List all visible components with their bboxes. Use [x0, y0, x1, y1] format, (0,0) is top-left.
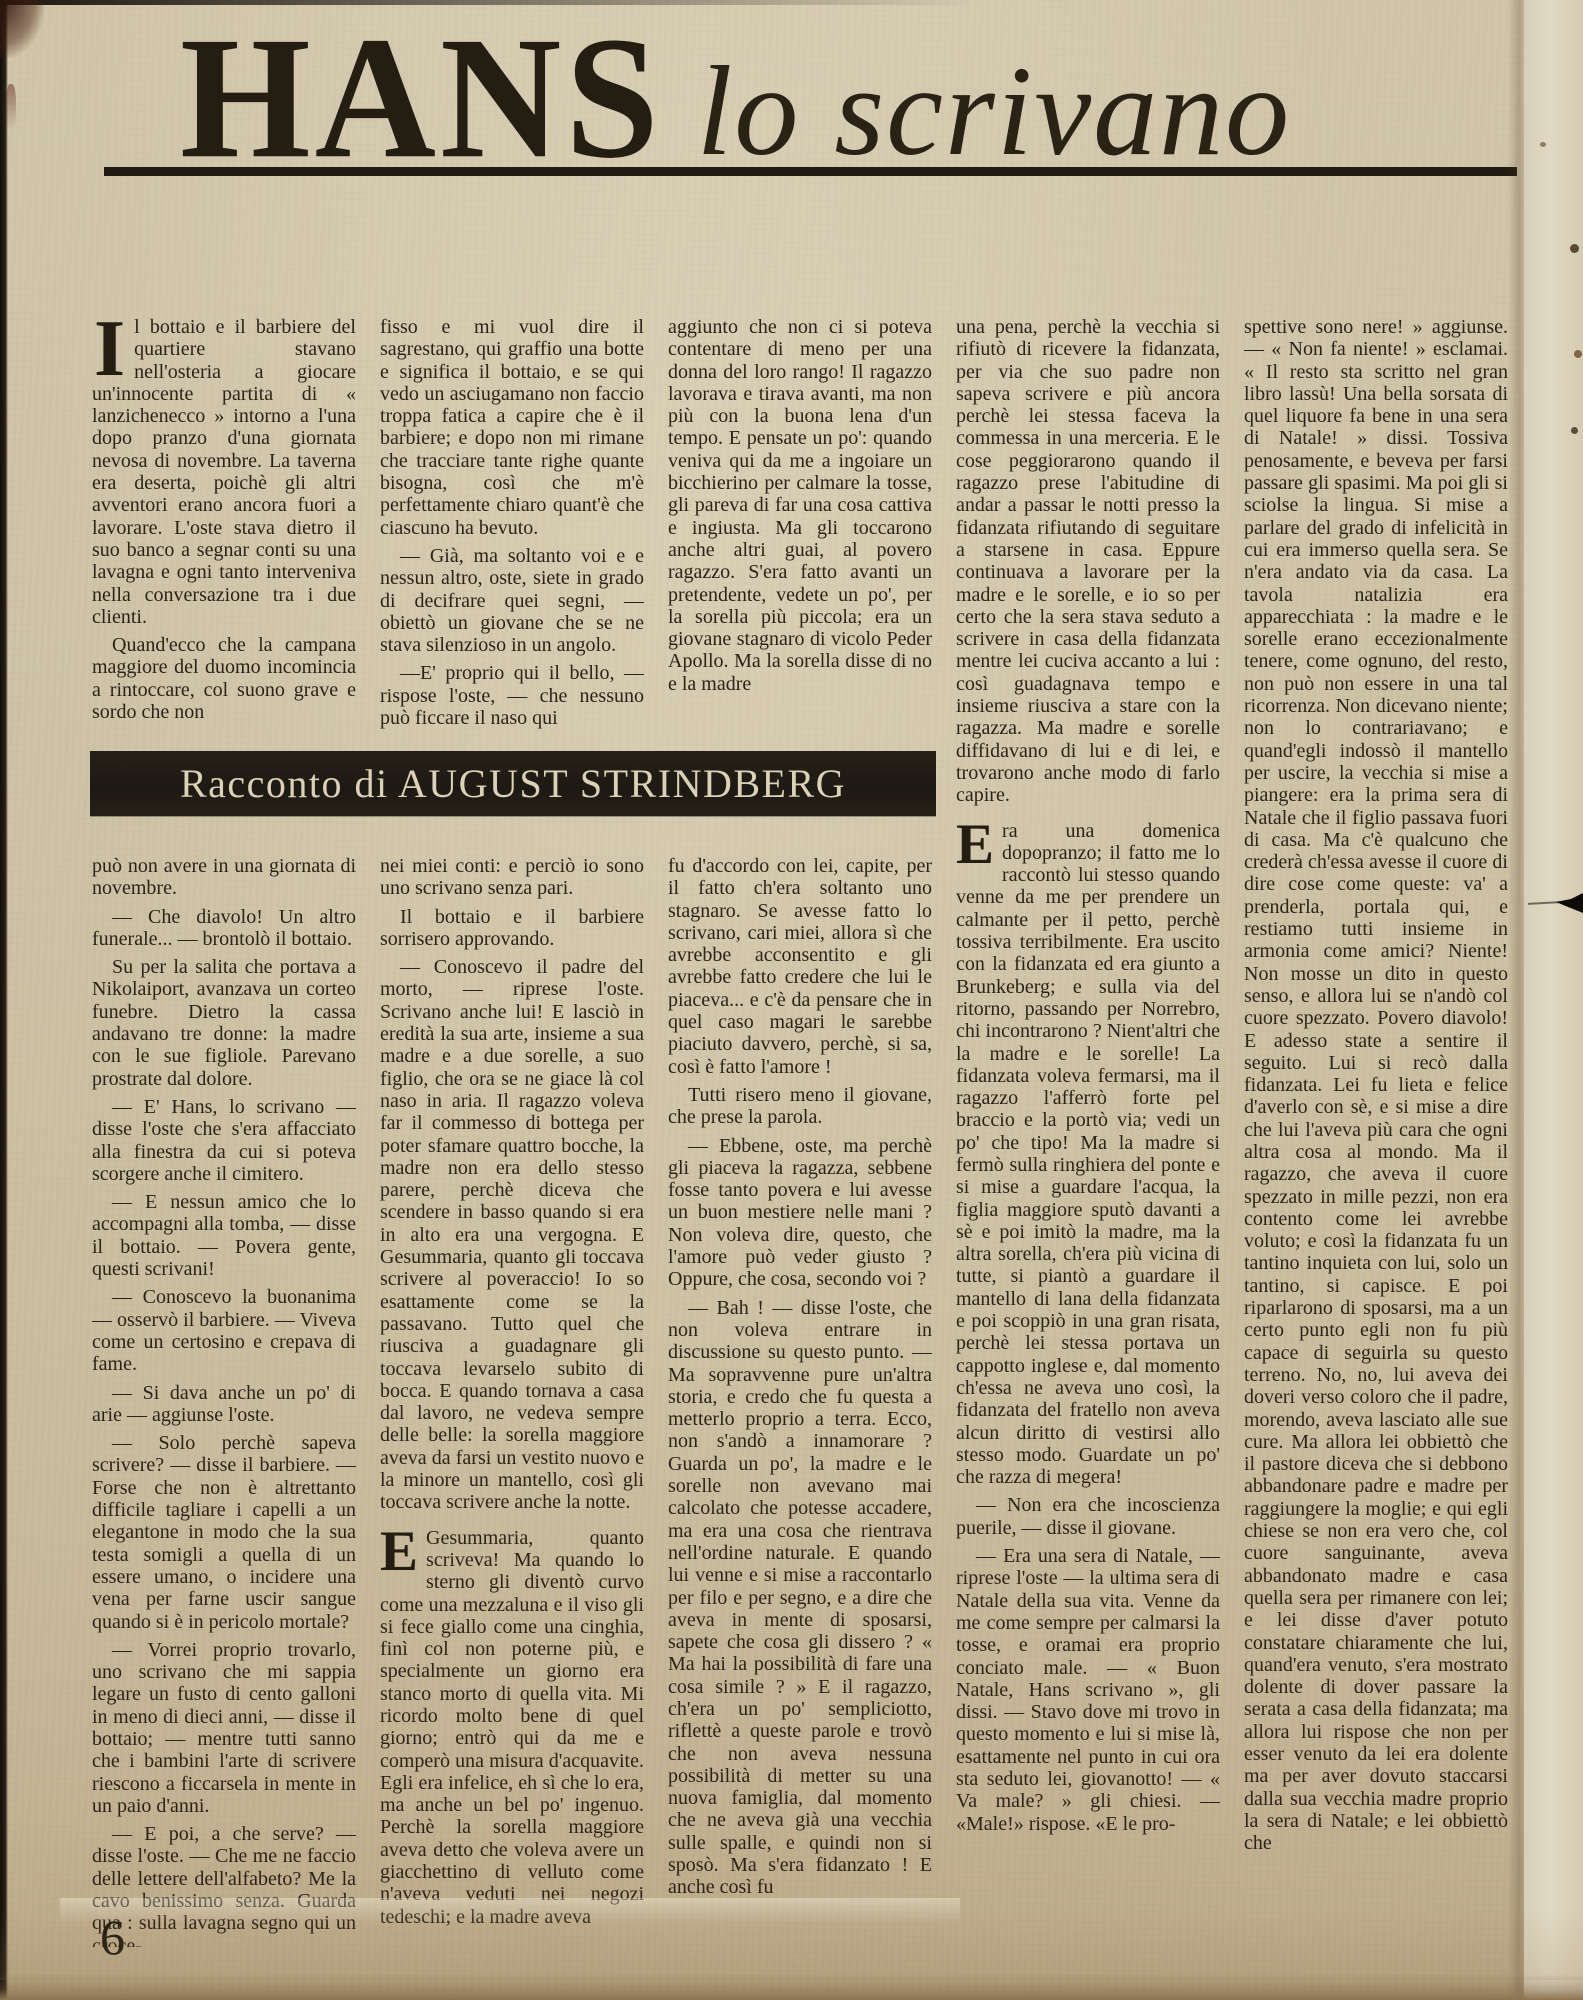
paragraph: Su per la salita che portava a Nikolaipo… [92, 956, 356, 1090]
paragraph: spettive sono nere! » aggiunse. — « Non … [1244, 316, 1508, 1854]
paper-speck [1574, 350, 1582, 358]
paragraph: — Era una sera di Natale, — riprese l'os… [956, 1545, 1220, 1835]
paragraph: — Non era che incoscienza puerile, — dis… [956, 1494, 1220, 1539]
column-3-upper: aggiunto che non ci si poteva contentare… [668, 316, 932, 752]
masthead: HANS lo scrivano [180, 14, 1510, 182]
page-title-sub: lo scrivano [697, 47, 1291, 175]
paragraph: Tutti risero meno il giovane, che prese … [668, 1084, 932, 1129]
paragraph-text: Gesummaria, quanto scriveva! Ma quando l… [380, 1527, 644, 1928]
paragraph: — Solo perchè sapeva scrivere? — disse i… [92, 1432, 356, 1633]
paragraph: EGesummaria, quanto scriveva! Ma quando … [380, 1527, 644, 1928]
paragraph: una pena, perchè la vecchia si rifiutò d… [956, 316, 1220, 807]
paragraph: può non avere in una giornata di novembr… [92, 855, 356, 900]
column-4: una pena, perchè la vecchia si rifiutò d… [956, 316, 1220, 1946]
paper-speck [1571, 427, 1578, 434]
dropcap-E: E [380, 1527, 426, 1574]
column-3-lower: fu d'accordo con lei, capite, per il fat… [668, 855, 932, 1947]
page-edge-left [0, 0, 8, 2000]
paragraph: — Bah ! — disse l'oste, che non voleva e… [668, 1297, 932, 1899]
paragraph: — E' Hans, lo scrivano — disse l'oste ch… [92, 1096, 356, 1185]
paragraph: — E nessun amico che lo accompagni alla … [92, 1191, 356, 1280]
column-5: spettive sono nere! » aggiunse. — « Non … [1244, 316, 1508, 1946]
bottom-shadow-soft [0, 1910, 1583, 1980]
paragraph: fisso e mi vuol dire il sagrestano, qui … [380, 316, 644, 539]
paragraph: —E' proprio qui il bello, — rispose l'os… [380, 662, 644, 729]
paper-speck [1570, 244, 1579, 253]
paragraph: — Ebbene, oste, ma perchè gli piaceva la… [668, 1135, 932, 1291]
paragraph: — Si dava anche un po' di arie — aggiuns… [92, 1382, 356, 1427]
magazine-page: HANS lo scrivano Il bottaio e il barbier… [0, 0, 1583, 2000]
column-2-lower: nei miei conti: e perciò io sono uno scr… [380, 855, 644, 1947]
paragraph: — Vorrei proprio trovarlo, uno scrivano … [92, 1639, 356, 1817]
paragraph: aggiunto che non ci si poteva contentare… [668, 316, 932, 695]
column-1-upper: Il bottaio e il barbiere del quartiere s… [92, 316, 356, 752]
paragraph: — Già, ma soltanto voi e e nessun altro,… [380, 545, 644, 656]
paragraph: — Conoscevo la buonanima — osservò il ba… [92, 1286, 356, 1375]
author-banner: Racconto di AUGUST STRINDBERG [90, 751, 936, 816]
page-edge-bottom [0, 1974, 1583, 2000]
paragraph: Il bottaio e il barbiere sorrisero appro… [380, 906, 644, 951]
column-2-upper: fisso e mi vuol dire il sagrestano, qui … [380, 316, 644, 752]
paragraph: Il bottaio e il barbiere del quartiere s… [92, 316, 356, 628]
paragraph: Quand'ecco che la campana maggiore del d… [92, 634, 356, 723]
author-banner-text: Racconto di AUGUST STRINDBERG [180, 760, 846, 807]
page-title-main: HANS [180, 11, 663, 186]
dropcap-I: I [92, 316, 134, 380]
paragraph: fu d'accordo con lei, capite, per il fat… [668, 855, 932, 1078]
page-edge-top [0, 0, 981, 5]
paragraph: — Che diavolo! Un altro funerale... — br… [92, 906, 356, 951]
adjacent-page-edge [1524, 0, 1583, 2000]
paragraph: Era una domenica dopopranzo; il fatto me… [956, 820, 1220, 1489]
title-rule [104, 167, 1517, 176]
paragraph: — Conoscevo il padre del morto, — ripres… [380, 956, 644, 1513]
paragraph: nei miei conti: e perciò io sono uno scr… [380, 855, 644, 900]
left-edge-stain [6, 84, 16, 130]
column-1-lower: può non avere in una giornata di novembr… [92, 855, 356, 1947]
paragraph-text: ra una domenica dopopranzo; il fatto me … [956, 820, 1220, 1489]
paper-speck [1540, 142, 1546, 147]
dropcap-E: E [956, 820, 1002, 867]
corner-stain [0, 0, 44, 58]
